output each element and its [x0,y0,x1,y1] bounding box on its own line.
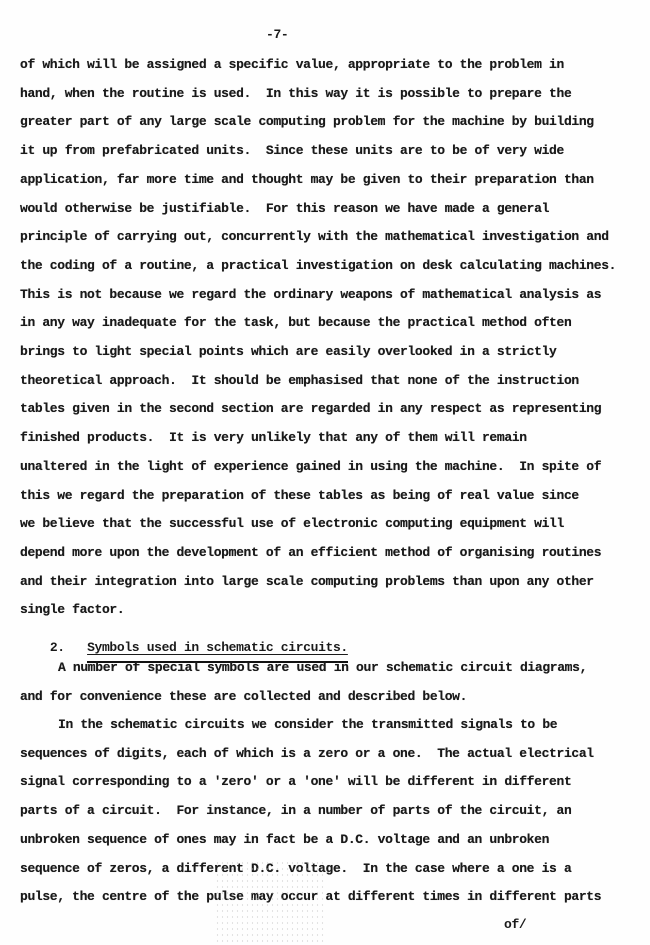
page-number: -7- [266,27,288,42]
text-line: In the schematic circuits we consider th… [58,717,557,733]
text-line: brings to light special points which are… [20,344,557,360]
text-line: depend more upon the development of an e… [20,545,601,561]
section-title: Symbols used in schematic circuits. [87,640,348,656]
text-line: unbroken sequence of ones may in fact be… [20,832,549,848]
text-line: principle of carrying out, concurrently … [20,229,609,245]
scan-noise [215,860,325,945]
text-line: theoretical approach. It should be empha… [20,373,579,389]
text-line: This is not because we regard the ordina… [20,287,601,303]
text-line: hand, when the routine is used. In this … [20,86,571,102]
text-line: would otherwise be justifiable. For this… [20,201,549,217]
text-line: greater part of any large scale computin… [20,114,594,130]
text-line: the coding of a routine, a practical inv… [20,258,616,274]
section-number: 2. [50,640,65,655]
text-line: it up from prefabricated units. Since th… [20,143,564,159]
text-line: unaltered in the light of experience gai… [20,459,601,475]
text-line: and their integration into large scale c… [20,574,594,590]
text-line: and for convenience these are collected … [20,689,467,705]
text-line: tables given in the second section are r… [20,401,601,417]
text-line: we believe that the successful use of el… [20,516,564,532]
text-line: single factor. [20,602,124,618]
document-page: -7- of which will be assigned a specific… [0,0,650,945]
text-line: parts of a circuit. For instance, in a n… [20,803,571,819]
continuation-mark: of/ [504,917,526,932]
text-line: of which will be assigned a specific val… [20,57,564,73]
text-line: signal corresponding to a 'zero' or a 'o… [20,774,571,790]
text-line: sequences of digits, each of which is a … [20,746,594,762]
text-line: finished products. It is very unlikely t… [20,430,527,446]
text-line: in any way inadequate for the task, but … [20,315,571,331]
text-line: this we regard the preparation of these … [20,488,579,504]
text-line: application, far more time and thought m… [20,172,594,188]
text-line: A number of special symbols are used in … [58,660,587,676]
